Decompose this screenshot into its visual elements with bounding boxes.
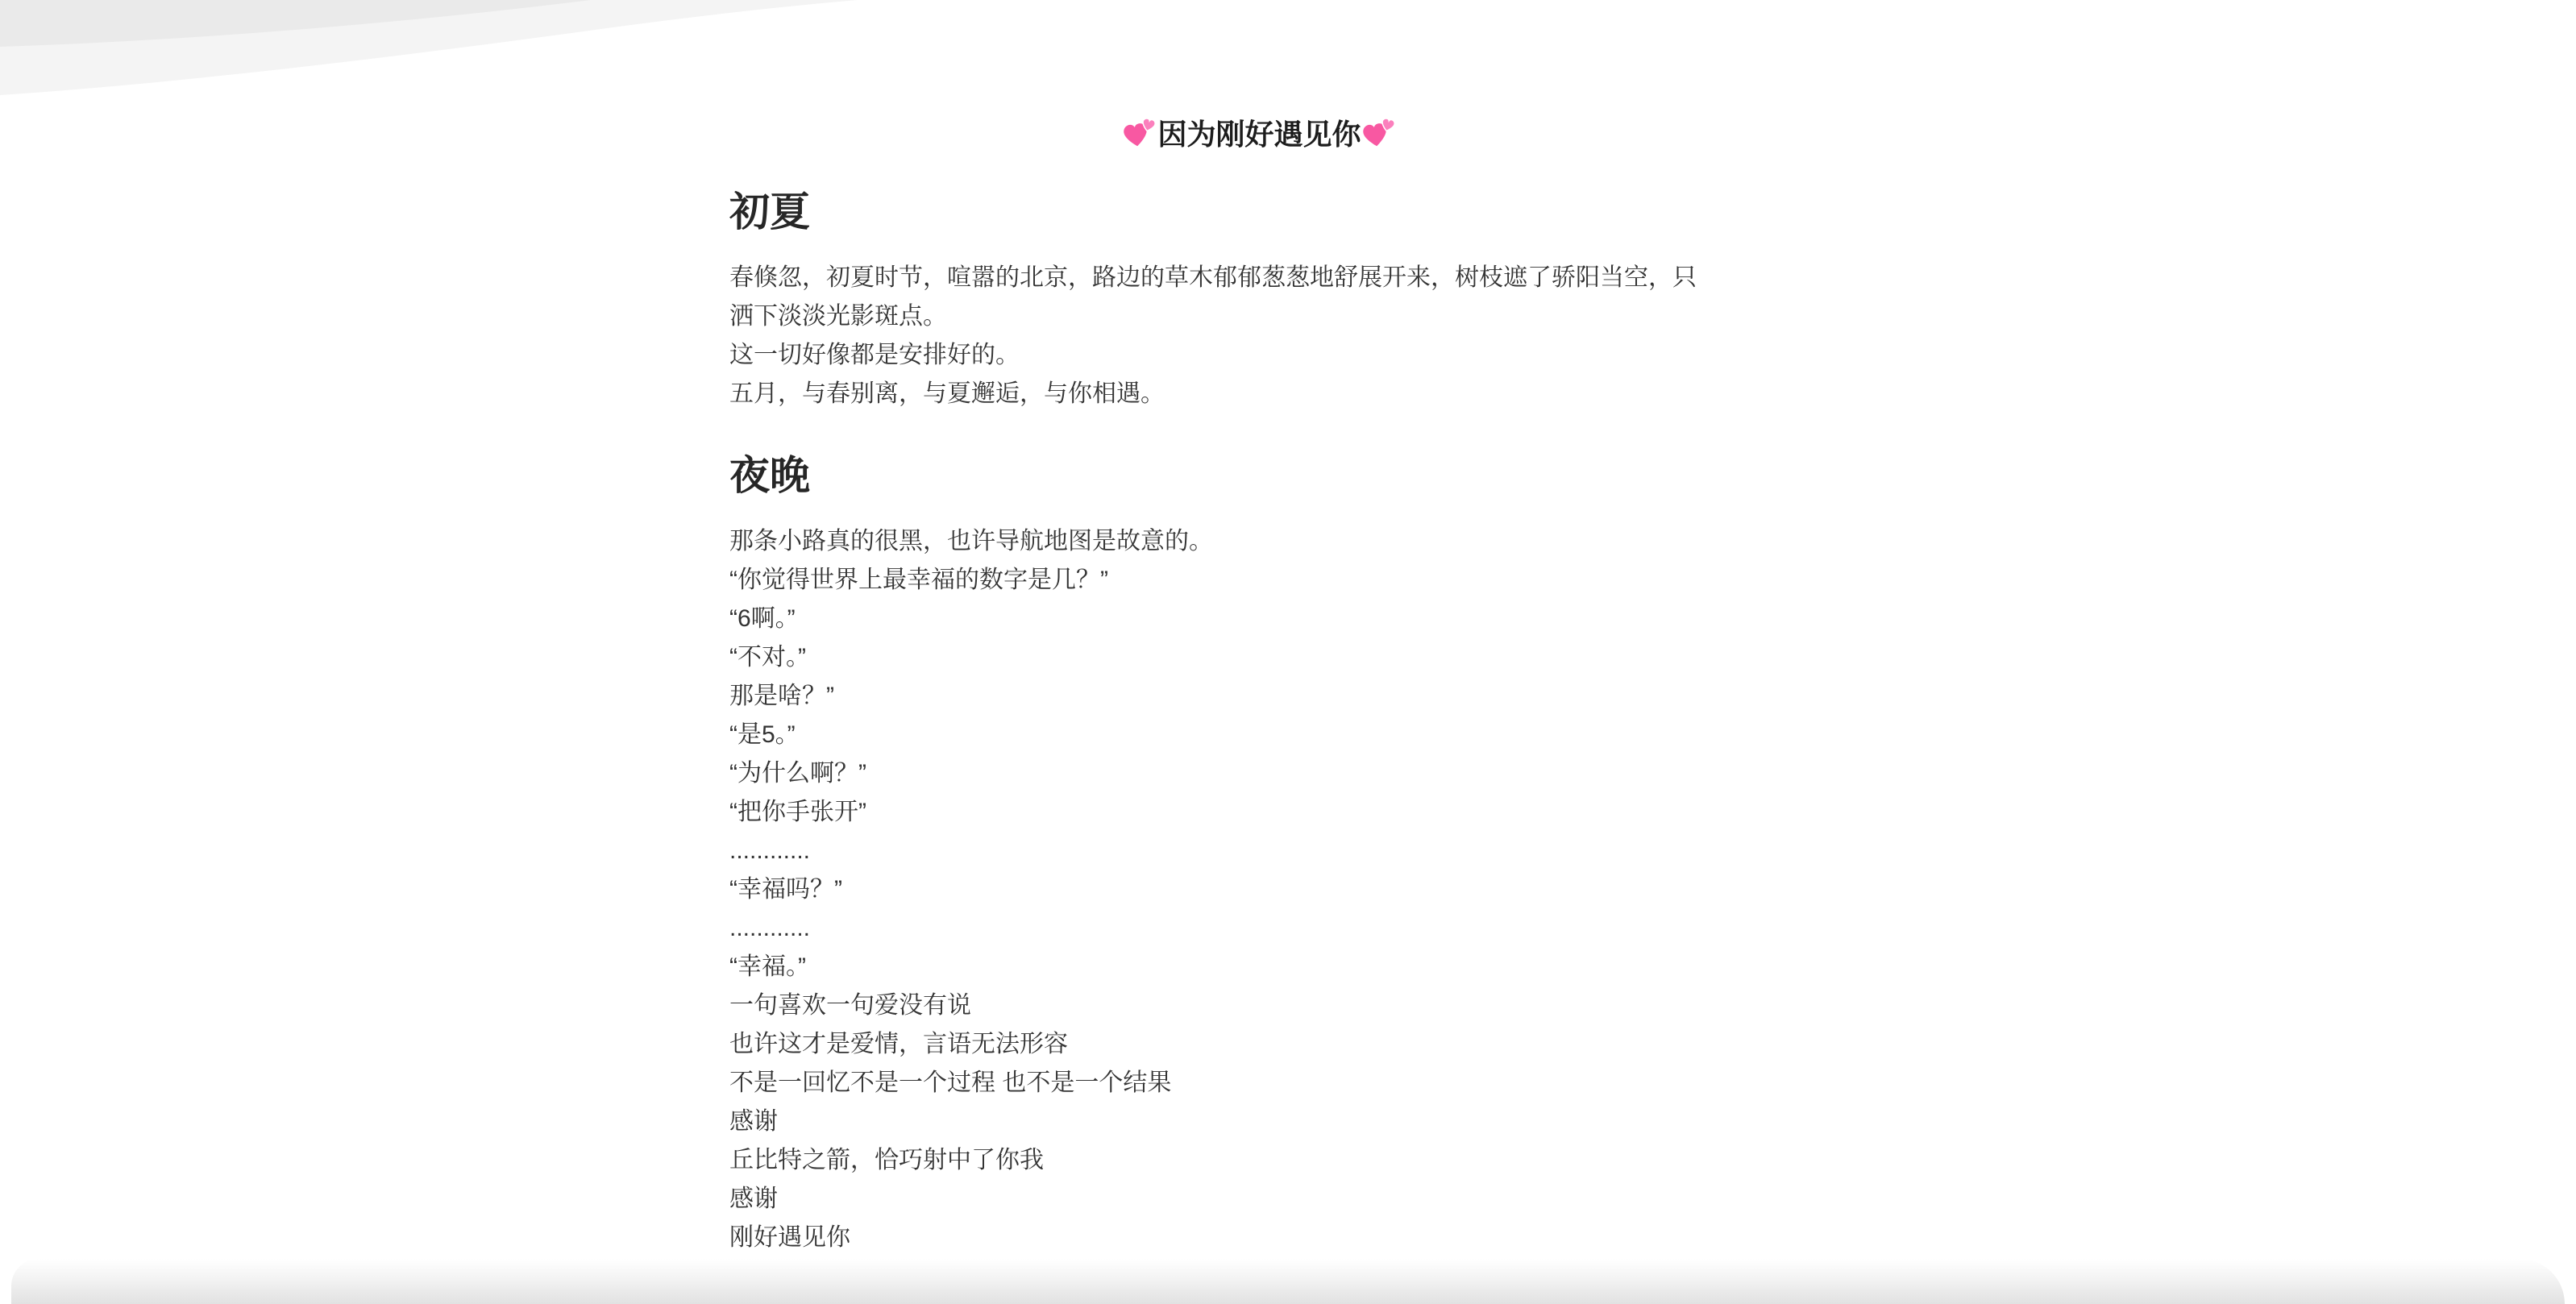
article-line: “你觉得世界上最幸福的数字是几？” [729, 561, 1789, 600]
article-page: 因为刚好遇见你 初夏 春倏忽，初夏时节，喧嚣的北京，路边的草木郁郁葱葱地舒展开来… [0, 0, 2576, 1304]
article-line: ............ [729, 832, 1789, 870]
article-line: 这一切好像都是安排好的。 [729, 336, 1789, 375]
article-line: “为什么啊？” [729, 754, 1789, 793]
two-hearts-emoji-icon [1122, 116, 1157, 152]
article-content: 因为刚好遇见你 初夏 春倏忽，初夏时节，喧嚣的北京，路边的草木郁郁葱葱地舒展开来… [729, 0, 1789, 1257]
article-line: “幸福。” [729, 948, 1789, 986]
article-line: 五月，与春别离，与夏邂逅，与你相遇。 [729, 375, 1789, 413]
article-title-text: 因为刚好遇见你 [1157, 118, 1361, 151]
article-line: ............ [729, 909, 1789, 948]
article-line: “把你手张开” [729, 793, 1789, 832]
article-title: 因为刚好遇见你 [729, 114, 1789, 155]
article-line: “是5。” [729, 716, 1789, 754]
article-line: 也许这才是爱情，言语无法形容 [729, 1025, 1789, 1064]
article-line: “不对。” [729, 638, 1789, 677]
bottom-window-edge [11, 1259, 2565, 1304]
section-heading-night: 夜晚 [729, 450, 1789, 501]
article-line: “幸福吗？” [729, 870, 1789, 909]
article-line: 春倏忽，初夏时节，喧嚣的北京，路边的草木郁郁葱葱地舒展开来，树枝遮了骄阳当空，只 [729, 259, 1789, 297]
article-line: 刚好遇见你 [729, 1219, 1789, 1257]
article-line: 那是啥？” [729, 677, 1789, 716]
article-line: 一句喜欢一句爱没有说 [729, 986, 1789, 1025]
section-early-summer: 春倏忽，初夏时节，喧嚣的北京，路边的草木郁郁葱葱地舒展开来，树枝遮了骄阳当空，只… [729, 259, 1789, 413]
two-hearts-emoji-icon [1361, 116, 1397, 152]
article-line: 感谢 [729, 1180, 1789, 1219]
article-line: “6啊。” [729, 600, 1789, 638]
section-night: 那条小路真的很黑，也许导航地图是故意的。 “你觉得世界上最幸福的数字是几？” “… [729, 522, 1789, 1257]
article-line: 不是一回忆不是一个过程 也不是一个结果 [729, 1064, 1789, 1103]
article-line: 那条小路真的很黑，也许导航地图是故意的。 [729, 522, 1789, 561]
article-line: 感谢 [729, 1103, 1789, 1141]
section-heading-early-summer: 初夏 [729, 186, 1789, 238]
article-line: 丘比特之箭，恰巧射中了你我 [729, 1141, 1789, 1180]
article-line: 洒下淡淡光影斑点。 [729, 297, 1789, 336]
